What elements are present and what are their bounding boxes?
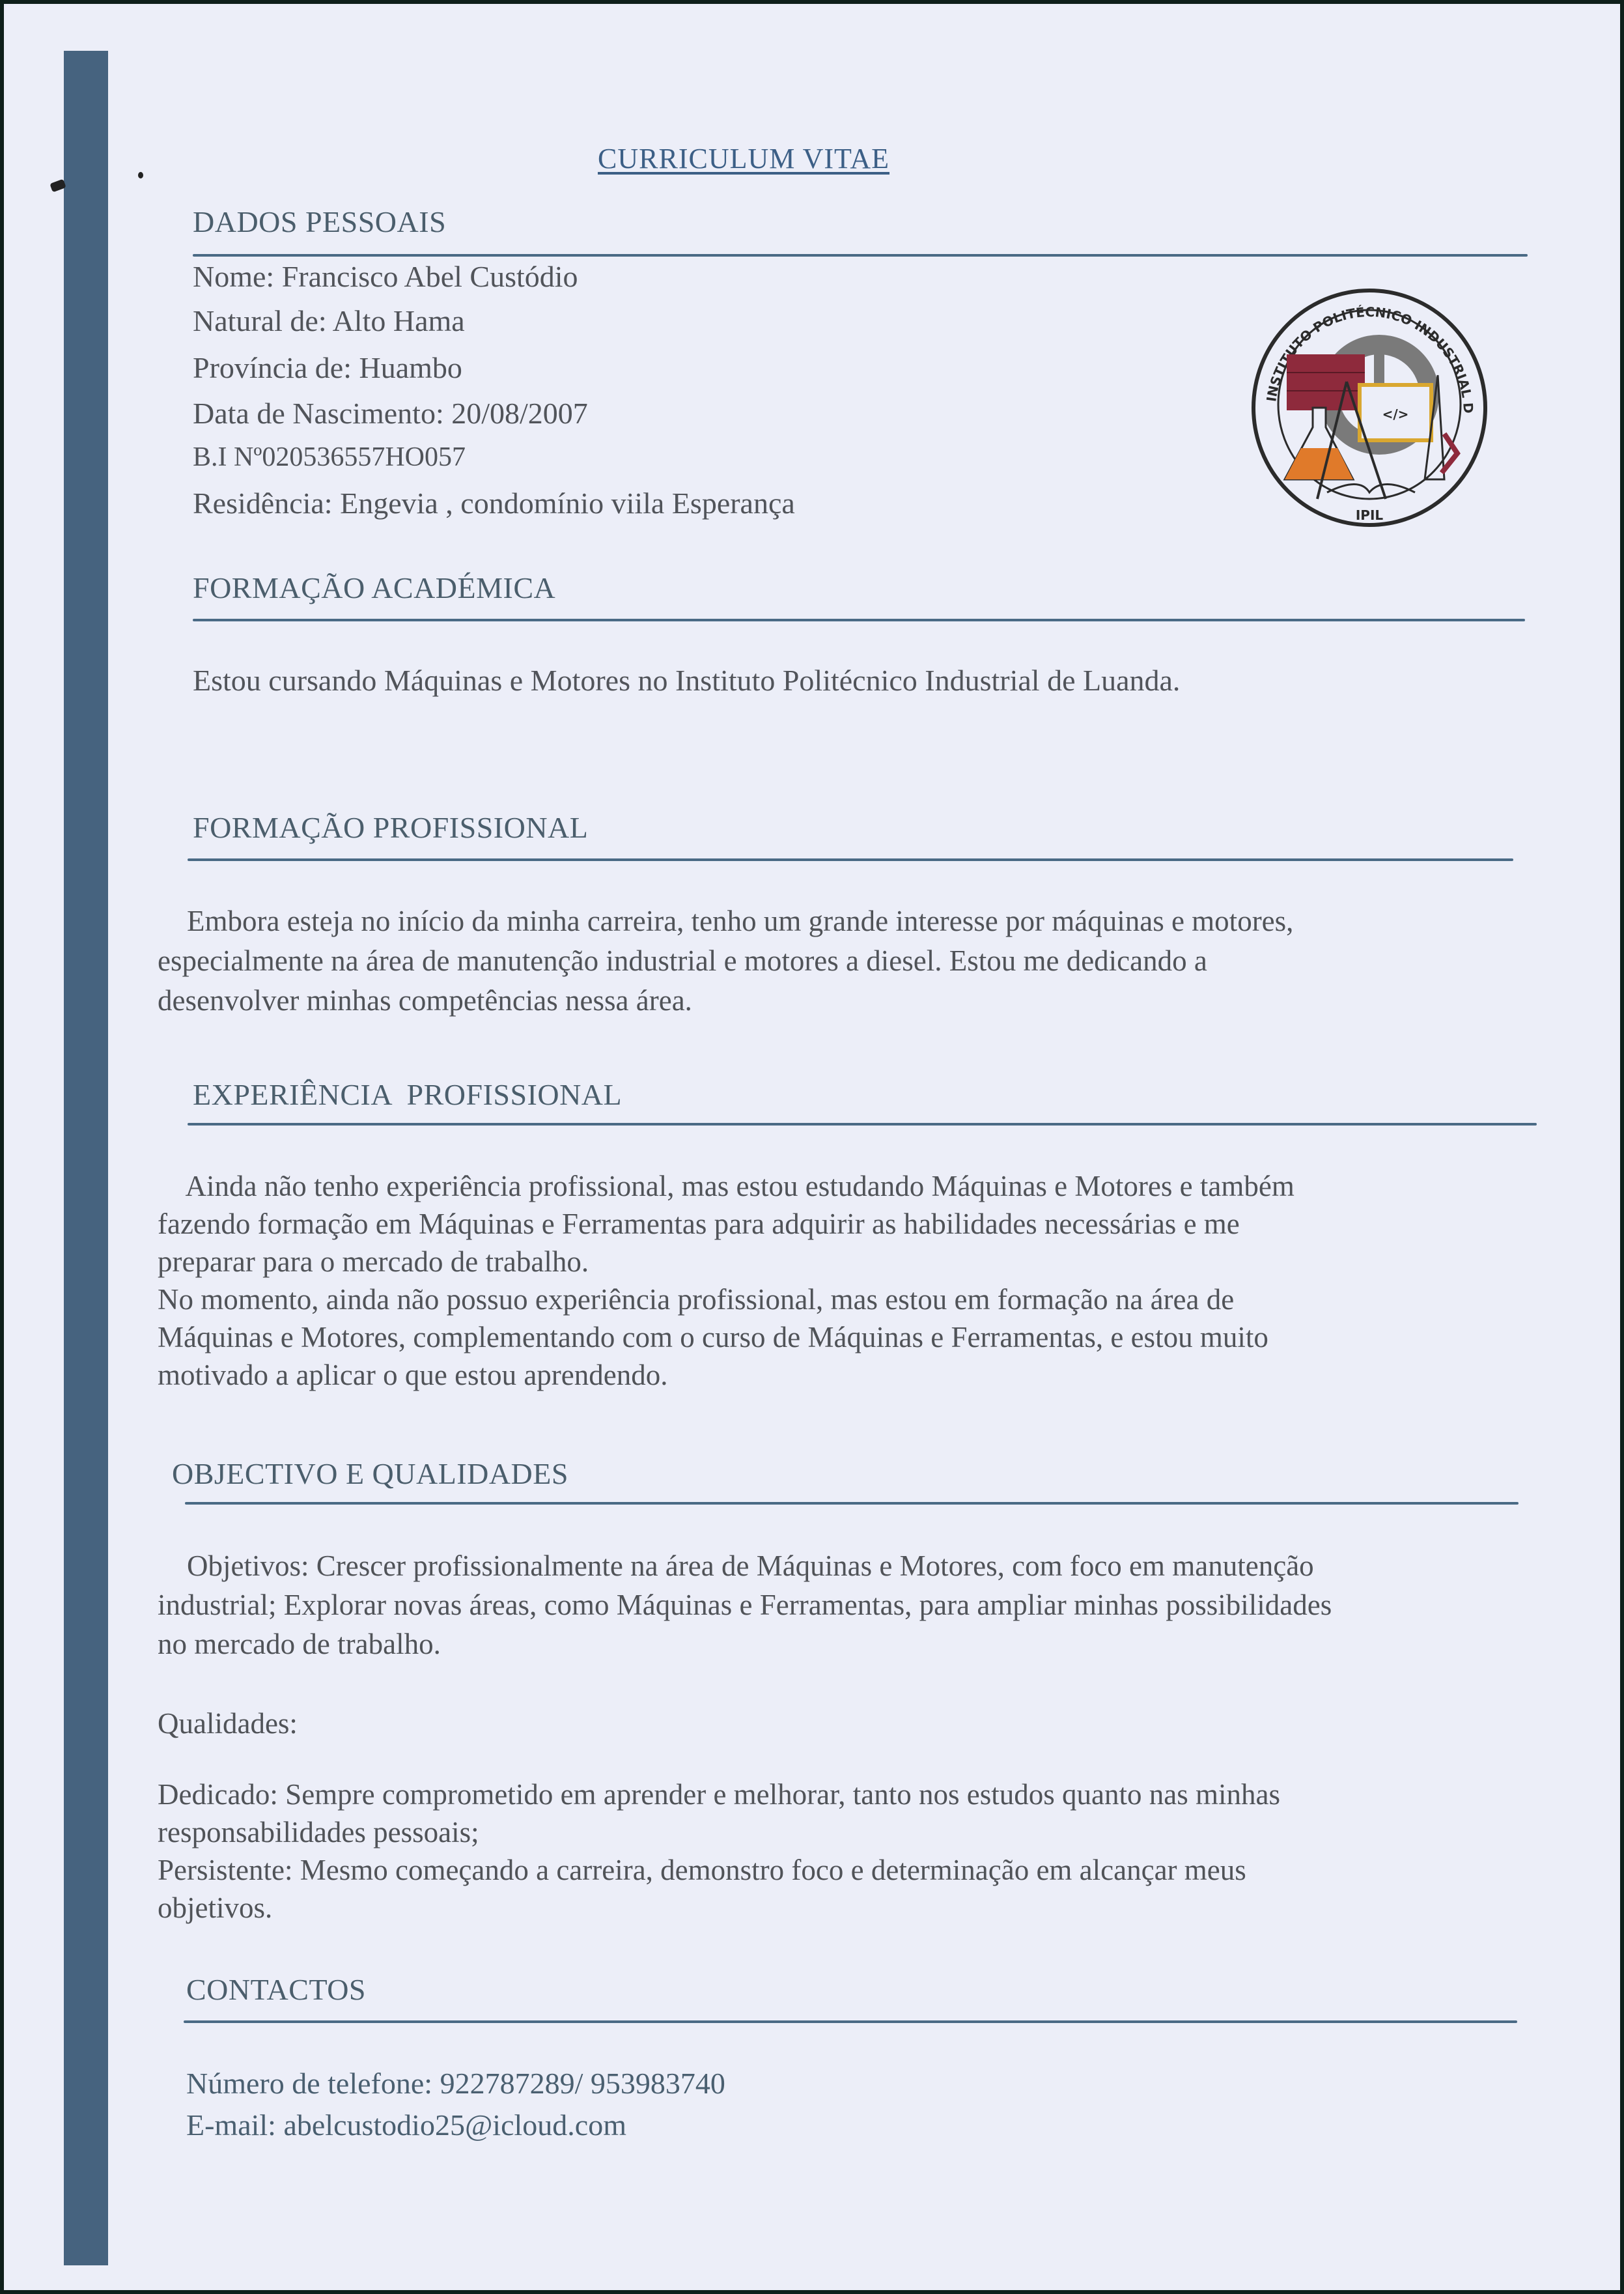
text-line: motivado a aplicar o que estou aprendend… [158, 1356, 1295, 1394]
ipil-logo: INSTITUTO POLITÉCNICO INDUSTRIAL DE LUAN… [1249, 284, 1490, 531]
text-line: Objetivos: Crescer profissionalmente na … [158, 1546, 1332, 1585]
text-line: fazendo formação em Máquinas e Ferrament… [158, 1205, 1295, 1243]
experience-text: Ainda não tenho experiência profissional… [158, 1167, 1295, 1394]
text-line: industrial; Explorar novas áreas, como M… [158, 1585, 1332, 1624]
section-heading-academic: FORMAÇÃO ACADÉMICA [193, 571, 555, 605]
professional-training-text: Embora esteja no início da minha carreir… [158, 901, 1293, 1021]
personal-id-number: B.I Nº020536557HO057 [193, 442, 466, 473]
text-line: Ainda não tenho experiência profissional… [158, 1167, 1295, 1205]
qualities-label: Qualidades: [158, 1704, 298, 1744]
text-line: Máquinas e Motores, complementando com o… [158, 1318, 1295, 1356]
personal-residence: Residência: Engevia , condomínio viila E… [193, 486, 795, 520]
text-line: no mercado de trabalho. [158, 1624, 1332, 1664]
qualities-text: Dedicado: Sempre comprometido em aprende… [158, 1776, 1280, 1927]
objectives-text: Objetivos: Crescer profissionalmente na … [158, 1546, 1332, 1664]
code-glyph: </> [1382, 406, 1409, 422]
section-heading-experience: EXPERIÊNCIA PROFISSIONAL [193, 1077, 622, 1112]
section-divider [193, 254, 1528, 257]
document-title: CURRICULUM VITAE [598, 142, 889, 175]
logo-abbreviation: IPIL [1356, 507, 1384, 523]
text-line: preparar para o mercado de trabalho. [158, 1243, 1295, 1281]
section-heading-contacts: CONTACTOS [186, 1972, 366, 2007]
personal-name: Nome: Francisco Abel Custódio [193, 259, 578, 294]
text-line: Embora esteja no início da minha carreir… [158, 901, 1293, 941]
section-heading-personal: DADOS PESSOAIS [193, 205, 446, 239]
text-line: responsabilidades pessoais; [158, 1813, 1280, 1851]
scan-speck [138, 172, 143, 178]
section-divider [185, 1502, 1519, 1505]
section-divider [184, 2020, 1517, 2023]
text-line: Persistente: Mesmo começando a carreira,… [158, 1851, 1280, 1889]
section-divider [188, 858, 1513, 861]
cv-page: CURRICULUM VITAE DADOS PESSOAIS Nome: Fr… [4, 4, 1620, 2290]
contact-phone: Número de telefone: 922787289/ 953983740 [186, 2066, 725, 2101]
personal-birthdate: Data de Nascimento: 20/08/2007 [193, 396, 588, 431]
personal-province: Província de: Huambo [193, 350, 462, 385]
contact-email: E-mail: abelcustodio25@icloud.com [186, 2108, 626, 2142]
text-line: objetivos. [158, 1889, 1280, 1927]
section-divider [193, 619, 1525, 621]
text-line: desenvolver minhas competências nessa ár… [158, 981, 1293, 1021]
text-line: especialmente na área de manutenção indu… [158, 941, 1293, 981]
text-line: Dedicado: Sempre comprometido em aprende… [158, 1776, 1280, 1813]
text-line: No momento, ainda não possuo experiência… [158, 1281, 1295, 1318]
accent-sidebar-bar [64, 51, 108, 2265]
academic-text: Estou cursando Máquinas e Motores no Ins… [193, 663, 1180, 698]
personal-birthplace: Natural de: Alto Hama [193, 304, 465, 338]
section-heading-objectives: OBJECTIVO E QUALIDADES [172, 1456, 568, 1491]
section-heading-professional-training: FORMAÇÃO PROFISSIONAL [193, 810, 588, 845]
section-divider [188, 1123, 1537, 1126]
